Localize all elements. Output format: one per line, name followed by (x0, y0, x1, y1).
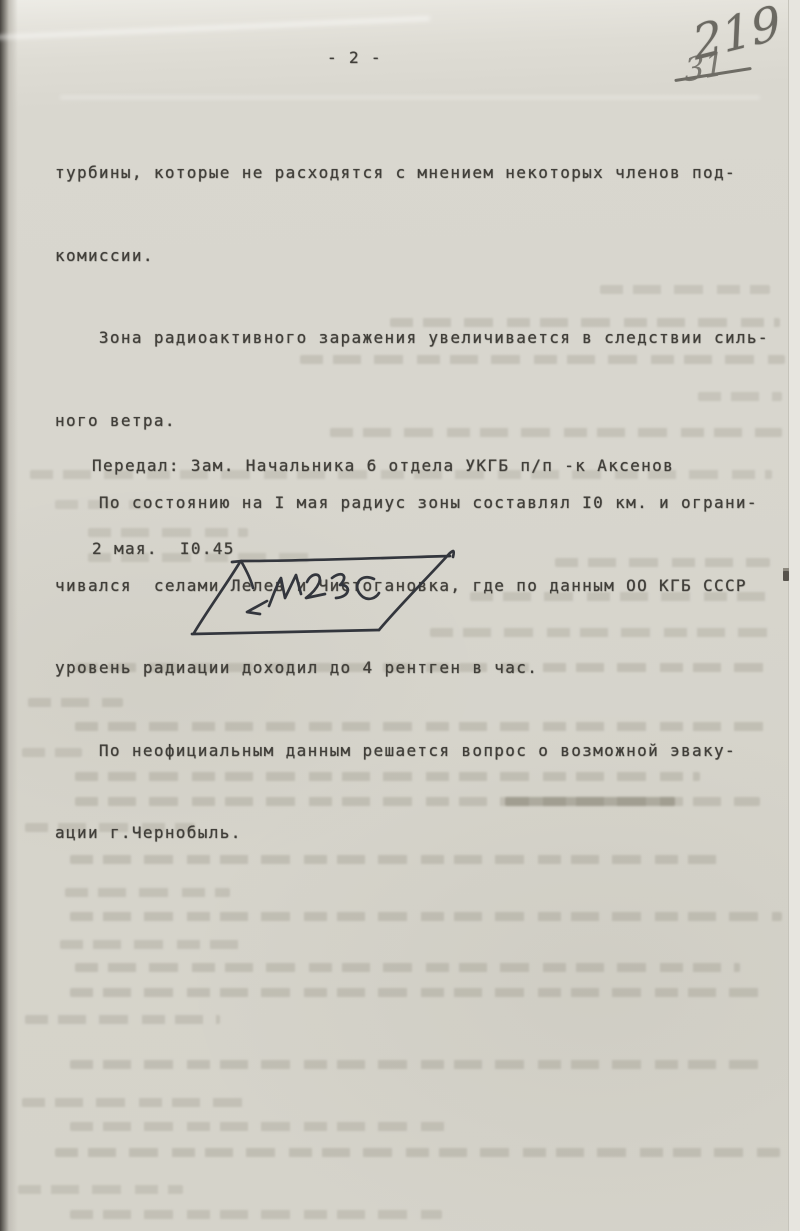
document-page: - 2 - 219 31 турбины, которые не расходя… (0, 0, 800, 1231)
bleed-through-line (70, 1210, 442, 1219)
text-line: По неофициальным данным решается вопрос … (55, 737, 769, 765)
bleed-through-line (55, 1148, 780, 1157)
bleed-through-line (22, 1098, 252, 1107)
bleed-through-line (70, 1122, 450, 1131)
text-line: Передал: Зам. Начальника 6 отдела УКГБ п… (92, 452, 674, 480)
text-line: уровень радиации доходил до 4 рентген в … (55, 654, 769, 682)
page-number: - 2 - (327, 44, 382, 72)
bleed-through-line (75, 963, 740, 972)
bleed-through-line (70, 912, 782, 921)
text-line: ации г.Чернобыль. (55, 819, 769, 847)
text-line: комиссии. (55, 242, 769, 270)
handwritten-signature (183, 546, 483, 656)
bleed-through-line (25, 1015, 220, 1024)
edge-binding-mark (783, 568, 789, 581)
bleed-through-line (70, 988, 762, 997)
text-line: турбины, которые не расходятся с мнением… (55, 159, 769, 187)
paper-crease (0, 16, 430, 39)
bleed-through-line (60, 940, 250, 949)
bleed-through-line (18, 1185, 183, 1194)
text-line: Зона радиоактивного заражения увеличивае… (55, 324, 769, 352)
scan-left-edge (0, 0, 18, 1231)
crossed-number-pencil: 31 (684, 44, 725, 89)
scan-right-edge (788, 0, 800, 1231)
bleed-through-line (70, 1060, 770, 1069)
paper-crease (60, 96, 760, 99)
